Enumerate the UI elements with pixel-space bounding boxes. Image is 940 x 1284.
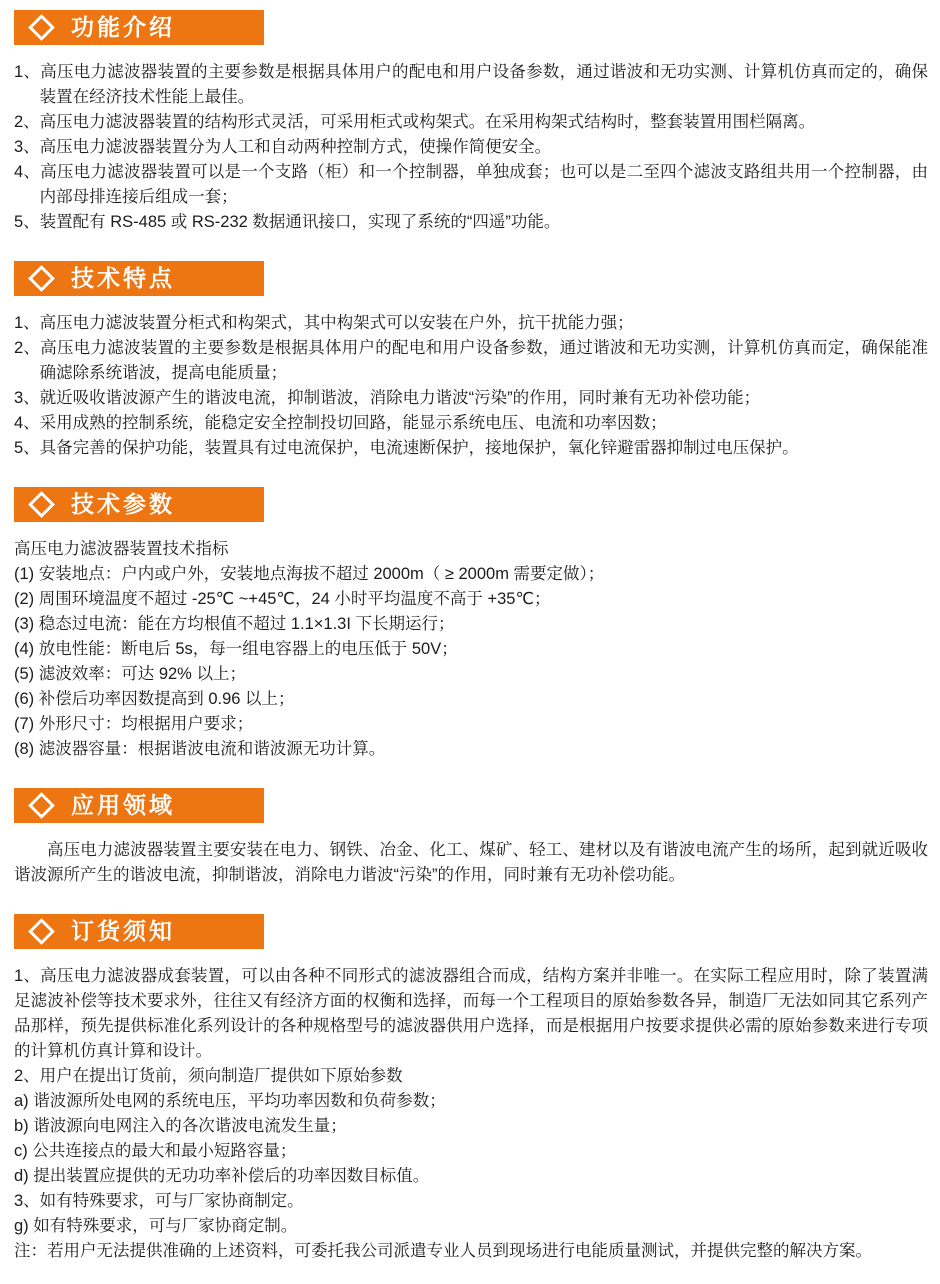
list-item: 4、采用成熟的控制系统，能稳定安全控制投切回路，能显示系统电压、电流和功率因数； [14, 411, 928, 436]
section-intro: 高压电力滤波器装置技术指标 [14, 537, 928, 562]
section-body: 1、高压电力滤波装置分柜式和构架式，其中构架式可以安装在户外，抗干扰能力强；2、… [14, 311, 928, 461]
list-item: (3) 稳态过电流：能在方均根值不超过 1.1×1.3I 下长期运行； [14, 612, 928, 637]
section-technical-features: 技术特点 1、高压电力滤波装置分柜式和构架式，其中构架式可以安装在户外，抗干扰能… [14, 261, 928, 461]
list-item: d) 提出装置应提供的无功功率补偿后的功率因数目标值。 [14, 1164, 928, 1189]
list-item: 1、高压电力滤波装置分柜式和构架式，其中构架式可以安装在户外，抗干扰能力强； [14, 311, 928, 336]
section-paragraph: 高压电力滤波器装置主要安装在电力、钢铁、冶金、化工、煤矿、轻工、建材以及有谐波电… [14, 838, 928, 888]
list-item: 2、用户在提出订货前，须向制造厂提供如下原始参数 [14, 1064, 928, 1089]
section-application-areas: 应用领域 高压电力滤波器装置主要安装在电力、钢铁、冶金、化工、煤矿、轻工、建材以… [14, 788, 928, 888]
diamond-icon [28, 792, 55, 819]
list-item: g) 如有特殊要求，可与厂家协商定制。 [14, 1214, 928, 1239]
diamond-icon [28, 14, 55, 41]
section-body: 1、高压电力滤波器装置的主要参数是根据具体用户的配电和用户设备参数，通过谐波和无… [14, 60, 928, 235]
section-title: 功能介绍 [71, 15, 175, 40]
list-item: c) 公共连接点的最大和最小短路容量； [14, 1139, 928, 1164]
section-title: 应用领域 [71, 793, 175, 818]
list-item: (6) 补偿后功率因数提高到 0.96 以上； [14, 687, 928, 712]
list-item: a) 谐波源所处电网的系统电压，平均功率因数和负荷参数； [14, 1089, 928, 1114]
list-item: b) 谐波源向电网注入的各次谐波电流发生量； [14, 1114, 928, 1139]
section-header: 技术参数 [14, 487, 264, 522]
list-item: 1、高压电力滤波器装置的主要参数是根据具体用户的配电和用户设备参数，通过谐波和无… [14, 60, 928, 110]
section-body: 高压电力滤波器装置主要安装在电力、钢铁、冶金、化工、煤矿、轻工、建材以及有谐波电… [14, 838, 928, 888]
list-item: 5、具备完善的保护功能，装置具有过电流保护，电流速断保护，接地保护，氧化锌避雷器… [14, 436, 928, 461]
section-title: 技术特点 [71, 266, 175, 291]
list-item: 3、就近吸收谐波源产生的谐波电流，抑制谐波，消除电力谐波“污染”的作用，同时兼有… [14, 386, 928, 411]
list-item: (4) 放电性能：断电后 5s，每一组电容器上的电压低于 50V； [14, 637, 928, 662]
section-features-intro: 功能介绍 1、高压电力滤波器装置的主要参数是根据具体用户的配电和用户设备参数，通… [14, 10, 928, 235]
list-item: 3、如有特殊要求，可与厂家协商制定。 [14, 1189, 928, 1214]
list-item: (1) 安装地点：户内或户外，安装地点海拔不超过 2000m（ ≥ 2000m … [14, 562, 928, 587]
list-item: (7) 外形尺寸：均根据用户要求； [14, 712, 928, 737]
list-item: (2) 周围环境温度不超过 -25℃ ~+45℃，24 小时平均温度不高于 +3… [14, 587, 928, 612]
list-item: 注：若用户无法提供准确的上述资料，可委托我公司派遣专业人员到现场进行电能质量测试… [14, 1239, 928, 1264]
list-item: 1、高压电力滤波器成套装置，可以由各种不同形式的滤波器组合而成，结构方案并非唯一… [14, 964, 928, 1064]
section-header: 功能介绍 [14, 10, 264, 45]
section-header: 应用领域 [14, 788, 264, 823]
document-page: 功能介绍 1、高压电力滤波器装置的主要参数是根据具体用户的配电和用户设备参数，通… [14, 10, 928, 1264]
section-body: 高压电力滤波器装置技术指标(1) 安装地点：户内或户外，安装地点海拔不超过 20… [14, 537, 928, 762]
section-ordering-notes: 订货须知 1、高压电力滤波器成套装置，可以由各种不同形式的滤波器组合而成，结构方… [14, 914, 928, 1264]
section-header: 技术特点 [14, 261, 264, 296]
diamond-icon [28, 918, 55, 945]
list-item: (5) 滤波效率：可达 92% 以上； [14, 662, 928, 687]
diamond-icon [28, 491, 55, 518]
section-technical-parameters: 技术参数 高压电力滤波器装置技术指标(1) 安装地点：户内或户外，安装地点海拔不… [14, 487, 928, 762]
list-item: (8) 滤波器容量：根据谐波电流和谐波源无功计算。 [14, 737, 928, 762]
list-item: 2、高压电力滤波装置的主要参数是根据具体用户的配电和用户设备参数，通过谐波和无功… [14, 336, 928, 386]
list-item: 4、高压电力滤波器装置可以是一个支路（柜）和一个控制器，单独成套；也可以是二至四… [14, 160, 928, 210]
section-title: 订货须知 [71, 919, 175, 944]
diamond-icon [28, 265, 55, 292]
list-item: 2、高压电力滤波器装置的结构形式灵活，可采用柜式或构架式。在采用构架式结构时，整… [14, 110, 928, 135]
section-title: 技术参数 [71, 492, 175, 517]
section-header: 订货须知 [14, 914, 264, 949]
list-item: 5、装置配有 RS-485 或 RS-232 数据通讯接口，实现了系统的“四遥”… [14, 210, 928, 235]
list-item: 3、高压电力滤波器装置分为人工和自动两种控制方式，使操作简便安全。 [14, 135, 928, 160]
section-body: 1、高压电力滤波器成套装置，可以由各种不同形式的滤波器组合而成，结构方案并非唯一… [14, 964, 928, 1264]
